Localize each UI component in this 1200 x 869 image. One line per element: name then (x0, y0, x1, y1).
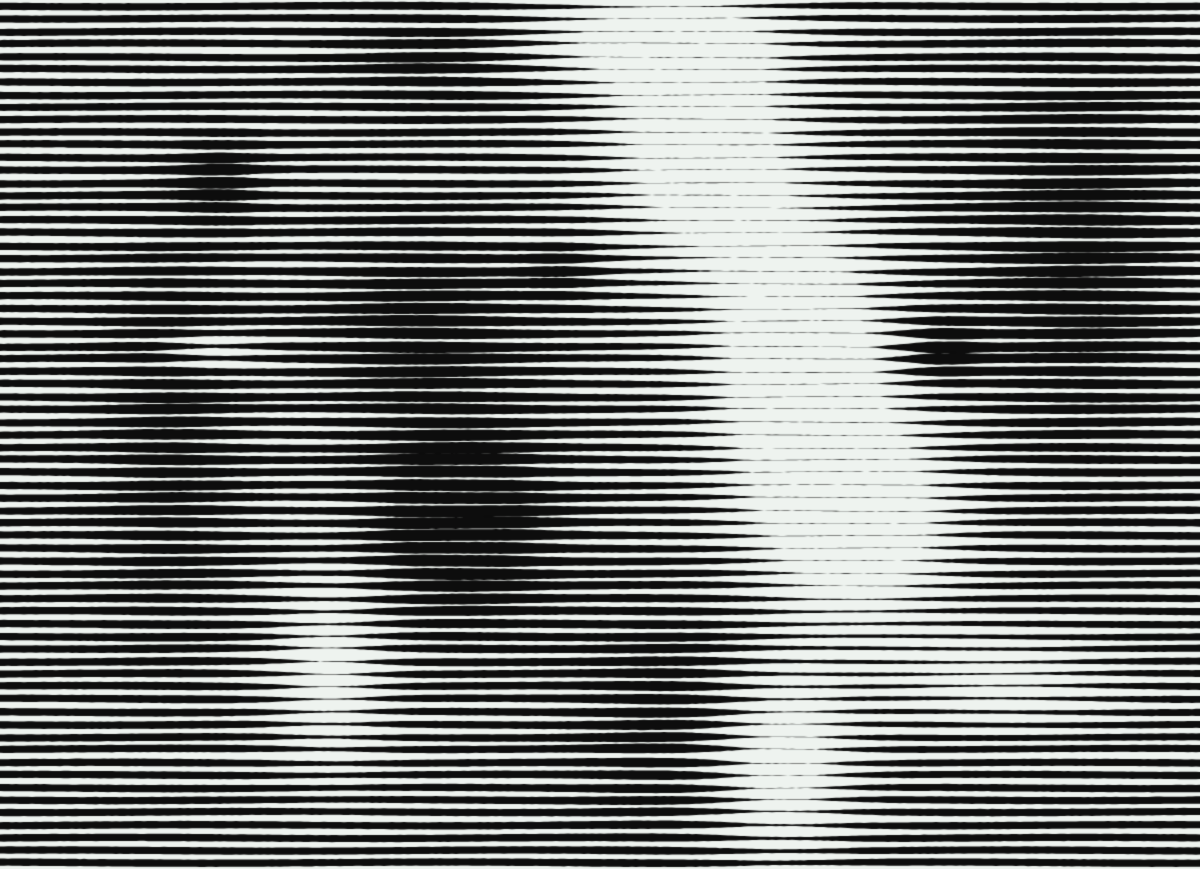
line-halftone-drawing (0, 0, 1200, 869)
artwork (0, 0, 1200, 869)
